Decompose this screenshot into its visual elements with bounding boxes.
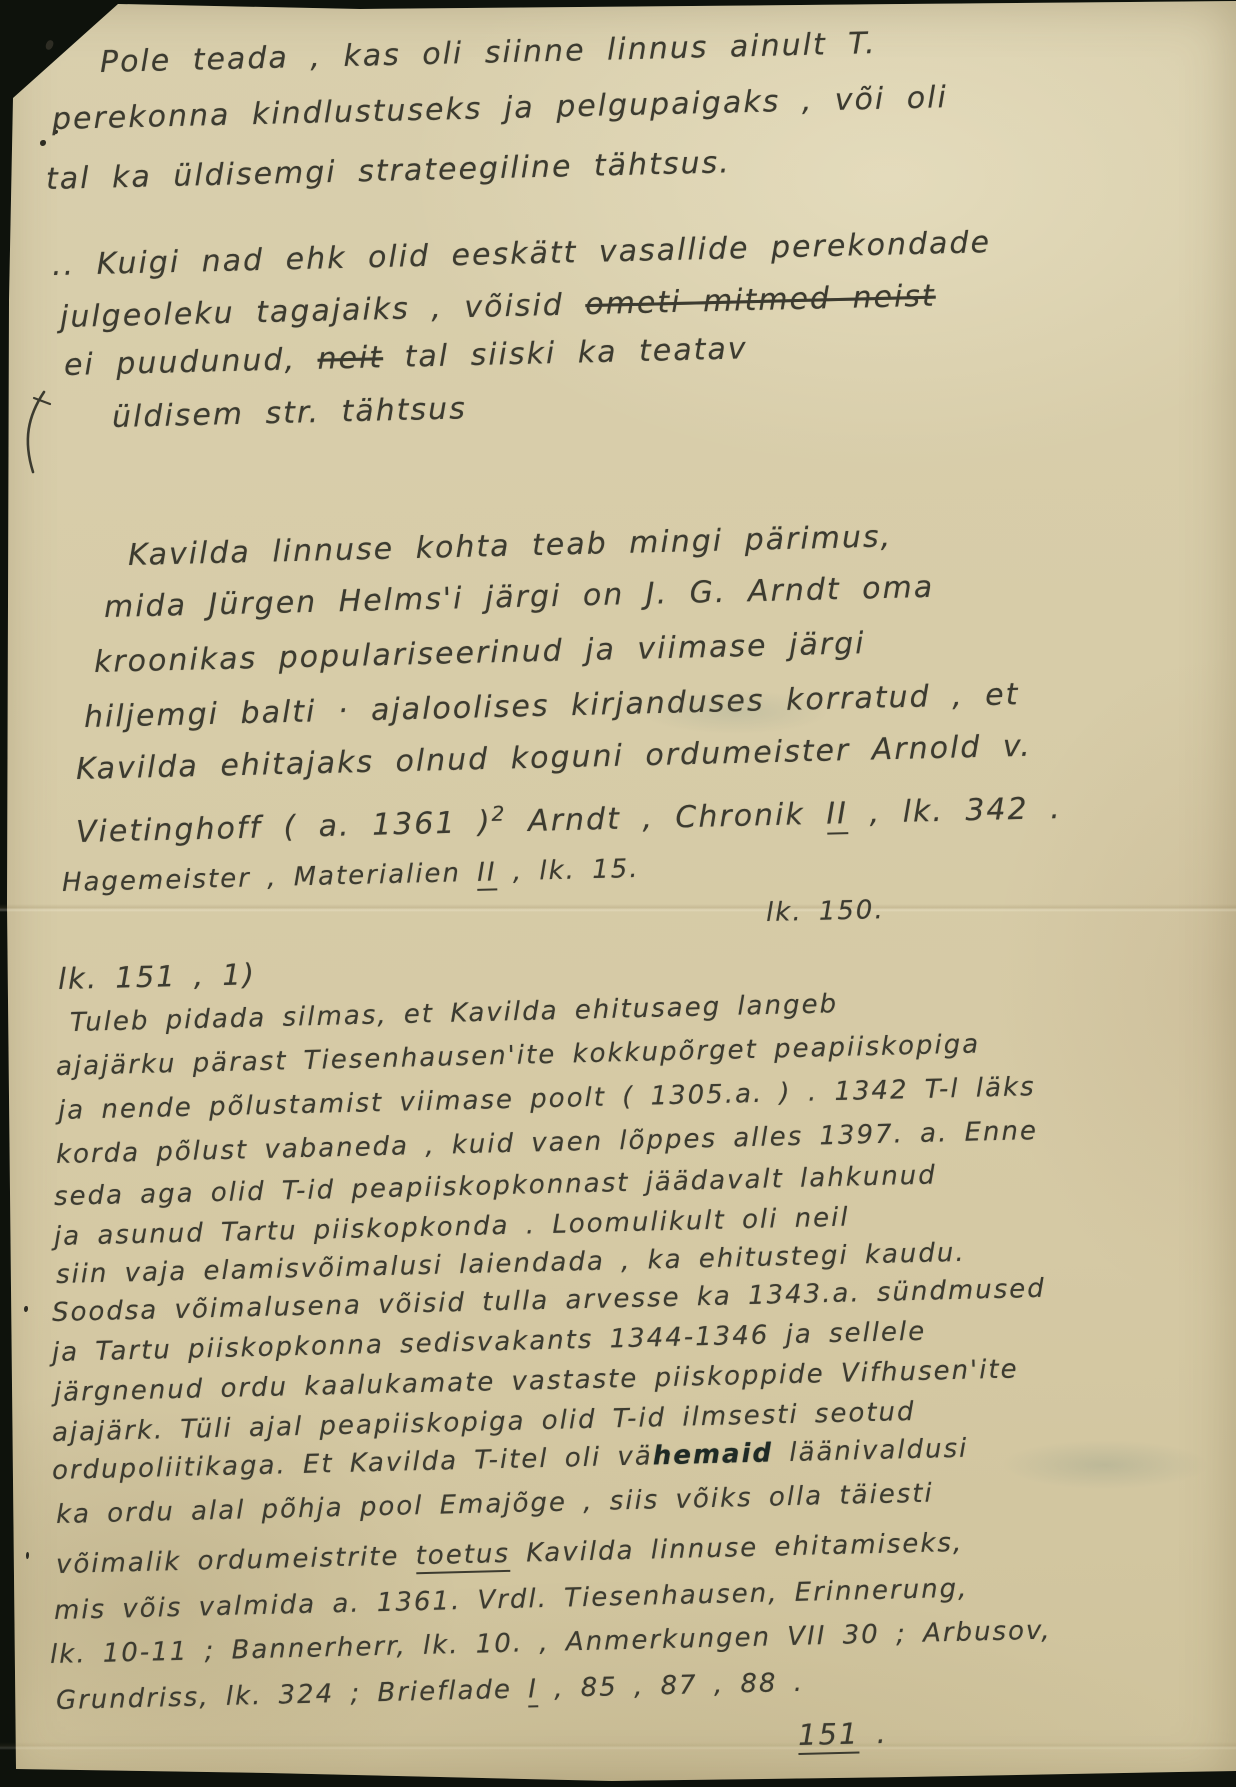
handwritten-line: lk. 151 , 1) <box>58 957 257 996</box>
underlined-text: 151 <box>798 1717 860 1755</box>
text-segment: . <box>859 1716 888 1751</box>
underlined-text: II <box>477 857 497 890</box>
struck-text: neit <box>317 340 383 377</box>
inserted-text: hemaid <box>652 1438 773 1471</box>
scanned-document: Pole teada , kas oli siinne linnus ainul… <box>0 0 1236 1787</box>
text-segment: , lk. 15. <box>496 854 640 887</box>
underlined-text: II <box>826 796 849 835</box>
underlined-text: toetus <box>415 1539 510 1574</box>
text-segment: , lk. 342 . <box>848 791 1063 831</box>
footnote-marker: 2 <box>491 801 507 825</box>
text-segment: läänivaldusi <box>773 1434 969 1469</box>
handwritten-line: lk. 150. <box>766 895 885 928</box>
text-segment: ei puudunud, <box>64 342 318 383</box>
ink-dot <box>45 39 55 51</box>
page-number: 151 . <box>798 1716 889 1752</box>
margin-mark <box>20 390 54 476</box>
